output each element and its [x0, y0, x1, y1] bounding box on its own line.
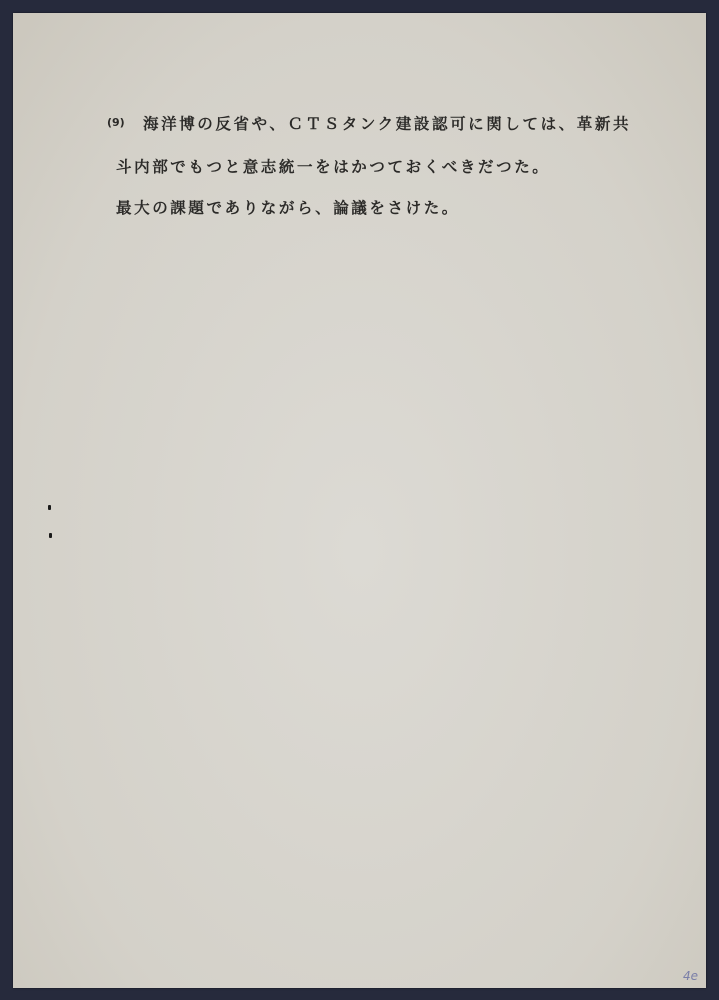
text-line-3: 最大の課題でありながら、論議をさけた。	[116, 196, 460, 218]
text-line-2: 斗内部でもつと意志統一をはかつておくべきだつた。	[116, 155, 550, 177]
text-line-1: 海洋博の反省や、ＣＴＳタンク建設認可に関しては、革新共	[143, 112, 631, 134]
punch-mark	[49, 533, 52, 538]
handwritten-page-number: 4e	[683, 969, 698, 983]
punch-mark	[48, 505, 51, 510]
item-number: (9)	[107, 116, 125, 129]
document-page: (9) 海洋博の反省や、ＣＴＳタンク建設認可に関しては、革新共 斗内部でもつと意…	[13, 13, 706, 988]
